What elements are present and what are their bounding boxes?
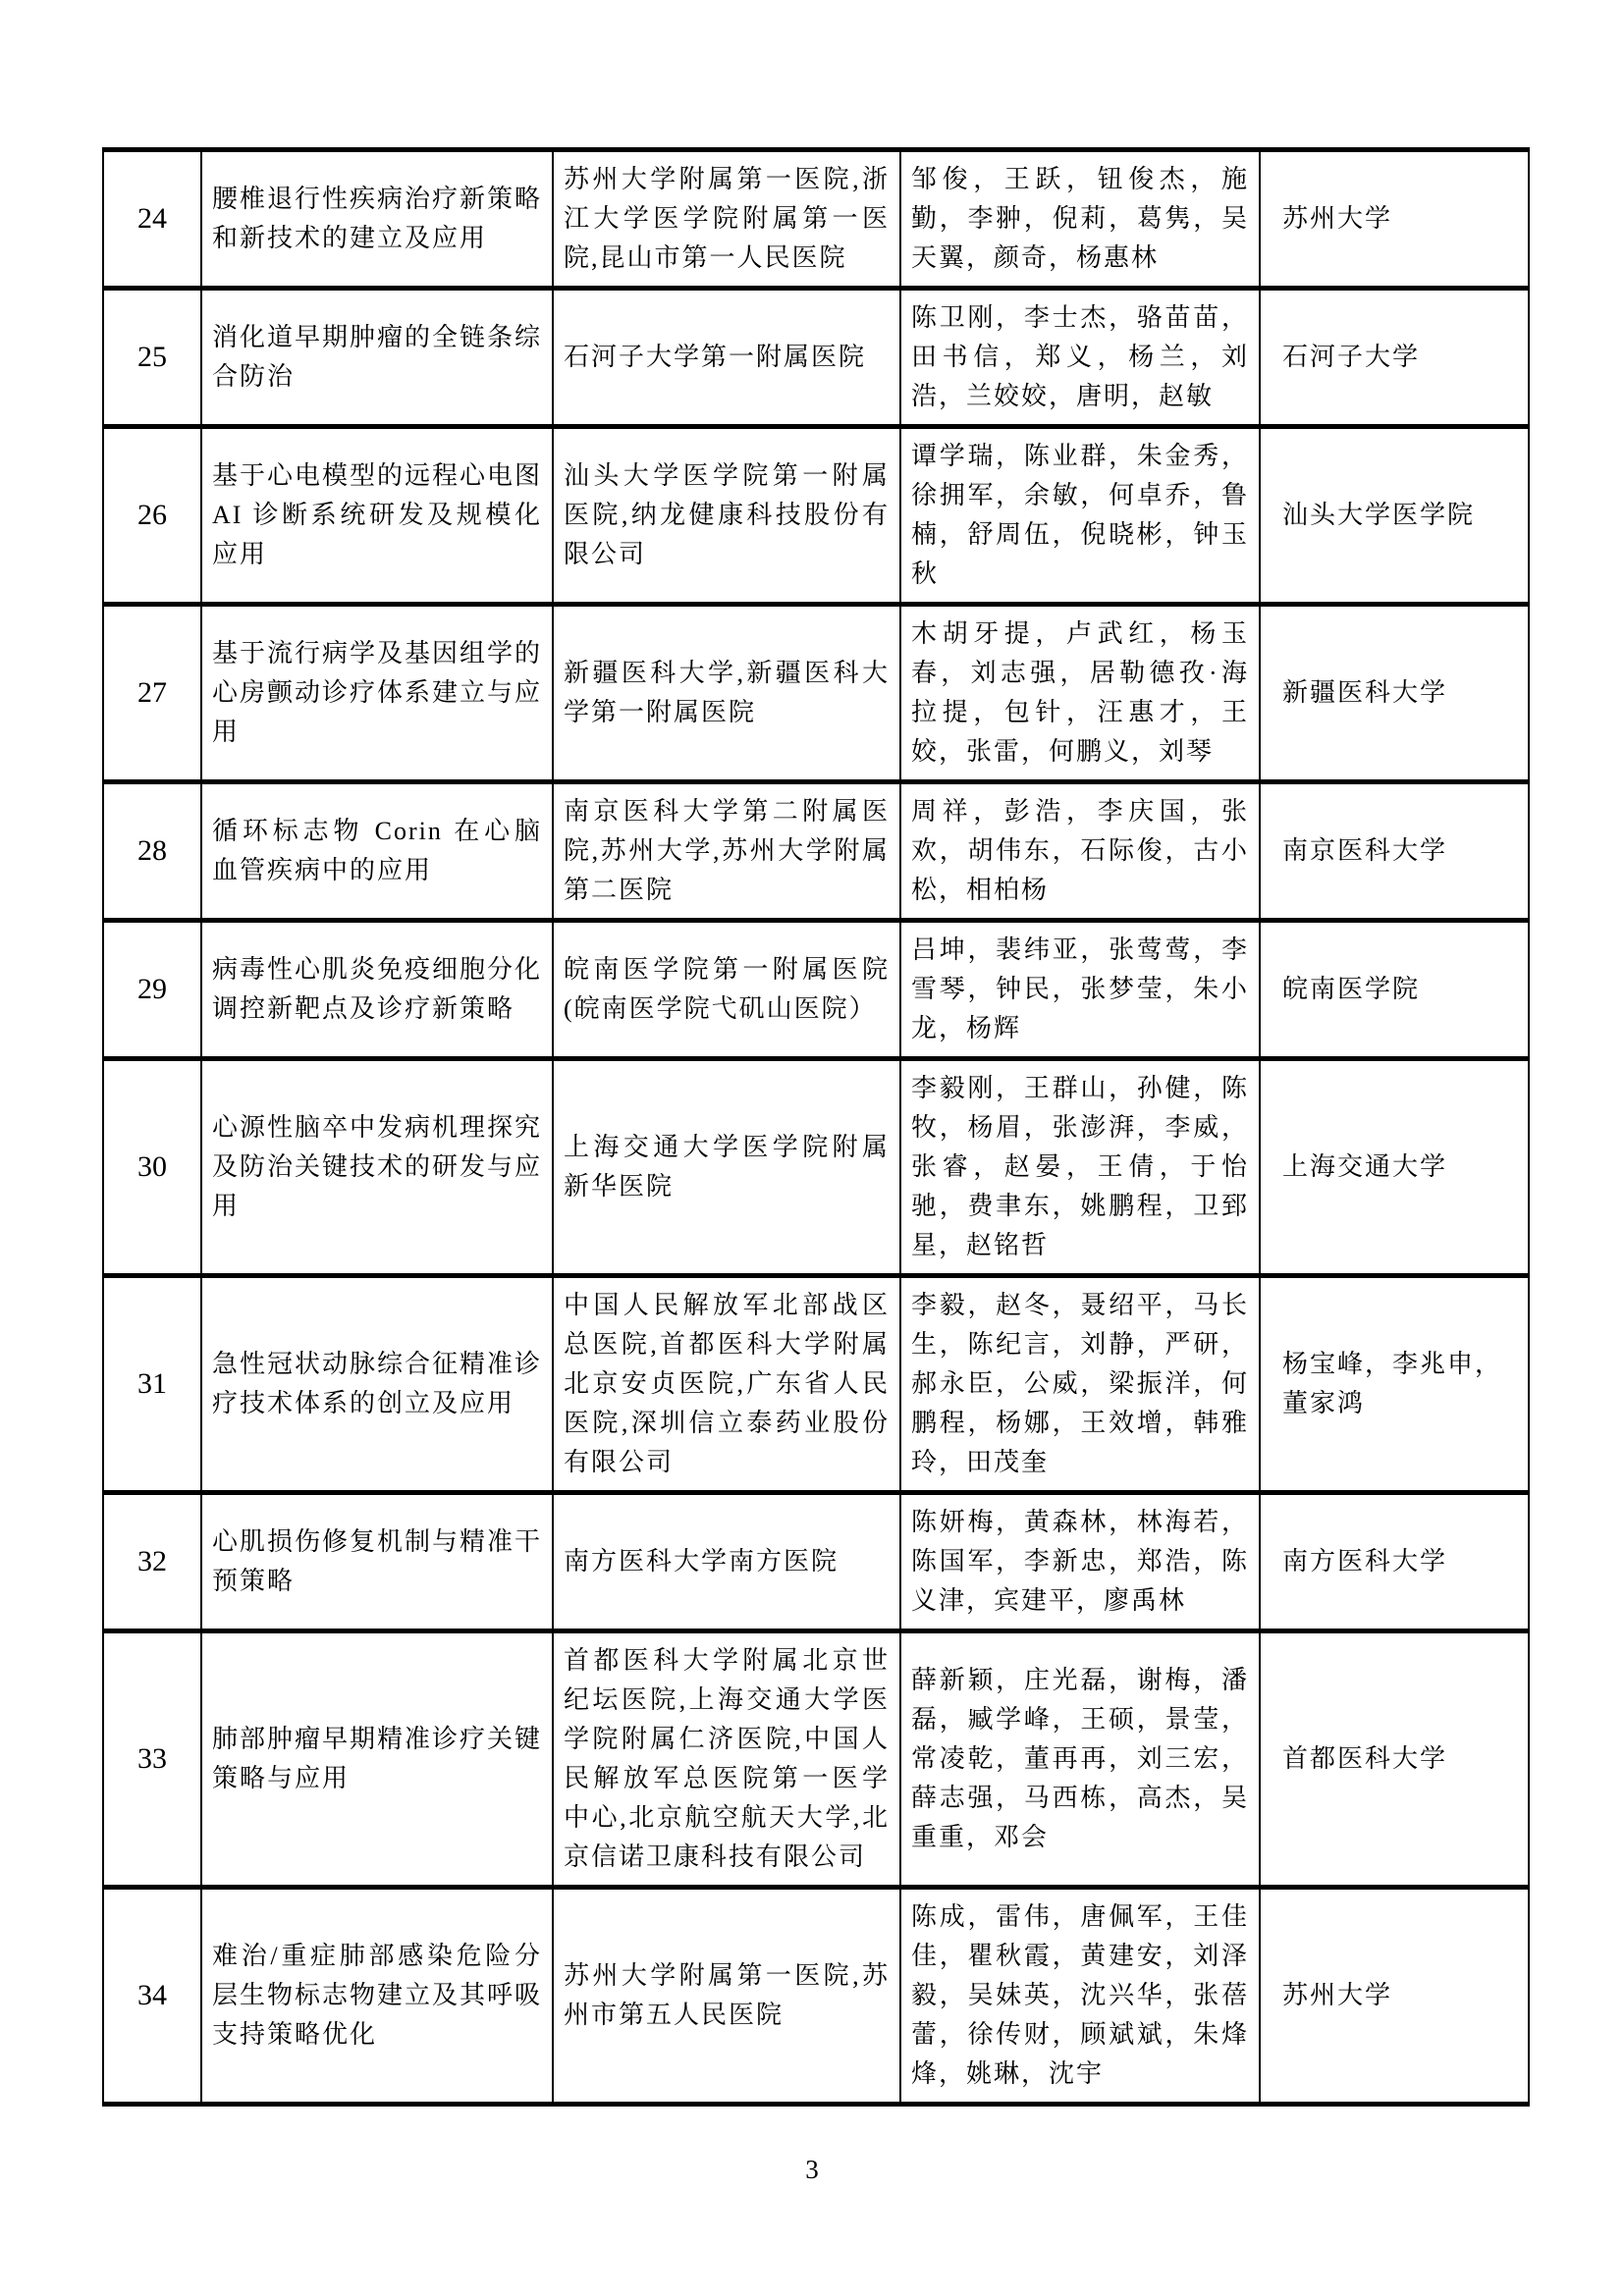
institutions: 苏州大学附属第一医院,苏州市第五人民医院 <box>553 1888 900 2105</box>
project-title: 腰椎退行性疾病治疗新策略和新技术的建立及应用 <box>201 150 553 289</box>
members: 周祥，彭浩，李庆国，张欢，胡伟东，石际俊，古小松，相柏杨 <box>900 782 1260 921</box>
members: 李毅刚，王群山，孙健，陈牧，杨眉，张澎湃，李威，张睿，赵晏，王倩，于怡驰，费聿东… <box>900 1059 1260 1276</box>
nominator: 苏州大学 <box>1260 150 1529 289</box>
table-row: 26 基于心电模型的远程心电图 AI 诊断系统研发及规模化应用 汕头大学医学院第… <box>103 427 1529 605</box>
row-number: 31 <box>103 1276 201 1493</box>
members: 邹俊，王跃，钮俊杰，施勤，李翀，倪莉，葛隽，吴天翼，颜奇，杨惠林 <box>900 150 1260 289</box>
project-title: 消化道早期肿瘤的全链条综合防治 <box>201 289 553 427</box>
document-page: 24 腰椎退行性疾病治疗新策略和新技术的建立及应用 苏州大学附属第一医院,浙江大… <box>0 0 1624 2296</box>
nominator: 南京医科大学 <box>1260 782 1529 921</box>
row-number: 30 <box>103 1059 201 1276</box>
table-row: 32 心肌损伤修复机制与精准干预策略 南方医科大学南方医院 陈妍梅，黄森林，林海… <box>103 1493 1529 1631</box>
institutions: 汕头大学医学院第一附属医院,纳龙健康科技股份有限公司 <box>553 427 900 605</box>
project-title: 急性冠状动脉综合征精准诊疗技术体系的创立及应用 <box>201 1276 553 1493</box>
nominator: 南方医科大学 <box>1260 1493 1529 1631</box>
project-title: 病毒性心肌炎免疫细胞分化调控新靶点及诊疗新策略 <box>201 921 553 1059</box>
table-row: 27 基于流行病学及基因组学的心房颤动诊疗体系建立与应用 新疆医科大学,新疆医科… <box>103 605 1529 782</box>
project-title: 肺部肿瘤早期精准诊疗关键策略与应用 <box>201 1631 553 1888</box>
institutions: 首都医科大学附属北京世纪坛医院,上海交通大学医学院附属仁济医院,中国人民解放军总… <box>553 1631 900 1888</box>
table-row: 28 循环标志物 Corin 在心脑血管疾病中的应用 南京医科大学第二附属医院,… <box>103 782 1529 921</box>
members: 谭学瑞，陈业群，朱金秀，徐拥军，余敏，何卓乔，鲁楠，舒周伍，倪晓彬，钟玉秋 <box>900 427 1260 605</box>
institutions: 中国人民解放军北部战区总医院,首都医科大学附属北京安贞医院,广东省人民医院,深圳… <box>553 1276 900 1493</box>
project-title: 循环标志物 Corin 在心脑血管疾病中的应用 <box>201 782 553 921</box>
members: 吕坤，裴纬亚，张莺莺，李雪琴，钟民，张梦莹，朱小龙，杨辉 <box>900 921 1260 1059</box>
members: 李毅，赵冬，聂绍平，马长生，陈纪言，刘静，严研，郝永臣，公威，梁振洋，何鹏程，杨… <box>900 1276 1260 1493</box>
nominator: 首都医科大学 <box>1260 1631 1529 1888</box>
row-number: 33 <box>103 1631 201 1888</box>
row-number: 26 <box>103 427 201 605</box>
institutions: 南京医科大学第二附属医院,苏州大学,苏州大学附属第二医院 <box>553 782 900 921</box>
row-number: 27 <box>103 605 201 782</box>
table-row: 25 消化道早期肿瘤的全链条综合防治 石河子大学第一附属医院 陈卫刚，李士杰，骆… <box>103 289 1529 427</box>
table-row: 29 病毒性心肌炎免疫细胞分化调控新靶点及诊疗新策略 皖南医学院第一附属医院(皖… <box>103 921 1529 1059</box>
nominator: 新疆医科大学 <box>1260 605 1529 782</box>
institutions: 新疆医科大学,新疆医科大学第一附属医院 <box>553 605 900 782</box>
page-number: 3 <box>0 2155 1624 2185</box>
table-row: 33 肺部肿瘤早期精准诊疗关键策略与应用 首都医科大学附属北京世纪坛医院,上海交… <box>103 1631 1529 1888</box>
row-number: 28 <box>103 782 201 921</box>
table-row: 24 腰椎退行性疾病治疗新策略和新技术的建立及应用 苏州大学附属第一医院,浙江大… <box>103 150 1529 289</box>
nominator: 杨宝峰，李兆申，董家鸿 <box>1260 1276 1529 1493</box>
project-title: 基于心电模型的远程心电图 AI 诊断系统研发及规模化应用 <box>201 427 553 605</box>
institutions: 皖南医学院第一附属医院(皖南医学院弋矶山医院） <box>553 921 900 1059</box>
nominator: 石河子大学 <box>1260 289 1529 427</box>
row-number: 24 <box>103 150 201 289</box>
members: 陈卫刚，李士杰，骆苗苗，田书信，郑义，杨兰，刘浩，兰姣姣，唐明，赵敏 <box>900 289 1260 427</box>
table-row: 30 心源性脑卒中发病机理探究及防治关键技术的研发与应用 上海交通大学医学院附属… <box>103 1059 1529 1276</box>
project-title: 难治/重症肺部感染危险分层生物标志物建立及其呼吸支持策略优化 <box>201 1888 553 2105</box>
award-table: 24 腰椎退行性疾病治疗新策略和新技术的建立及应用 苏州大学附属第一医院,浙江大… <box>102 147 1530 2107</box>
row-number: 25 <box>103 289 201 427</box>
nominator: 上海交通大学 <box>1260 1059 1529 1276</box>
project-title: 心源性脑卒中发病机理探究及防治关键技术的研发与应用 <box>201 1059 553 1276</box>
row-number: 29 <box>103 921 201 1059</box>
nominator: 皖南医学院 <box>1260 921 1529 1059</box>
table-row: 31 急性冠状动脉综合征精准诊疗技术体系的创立及应用 中国人民解放军北部战区总医… <box>103 1276 1529 1493</box>
members: 陈妍梅，黄森林，林海若，陈国军，李新忠，郑浩，陈义津，宾建平，廖禹林 <box>900 1493 1260 1631</box>
members: 薛新颖，庄光磊，谢梅，潘磊，臧学峰，王硕，景莹，常凌乾，董再再，刘三宏，薛志强，… <box>900 1631 1260 1888</box>
institutions: 南方医科大学南方医院 <box>553 1493 900 1631</box>
institutions: 苏州大学附属第一医院,浙江大学医学院附属第一医院,昆山市第一人民医院 <box>553 150 900 289</box>
institutions: 石河子大学第一附属医院 <box>553 289 900 427</box>
members: 木胡牙提，卢武红，杨玉春，刘志强，居勒德孜·海拉提，包针，汪惠才，王姣，张雷，何… <box>900 605 1260 782</box>
table-row: 34 难治/重症肺部感染危险分层生物标志物建立及其呼吸支持策略优化 苏州大学附属… <box>103 1888 1529 2105</box>
institutions: 上海交通大学医学院附属新华医院 <box>553 1059 900 1276</box>
row-number: 34 <box>103 1888 201 2105</box>
nominator: 汕头大学医学院 <box>1260 427 1529 605</box>
row-number: 32 <box>103 1493 201 1631</box>
members: 陈成，雷伟，唐佩军，王佳佳，瞿秋霞，黄建安，刘泽毅，吴妹英，沈兴华，张蓓蕾，徐传… <box>900 1888 1260 2105</box>
project-title: 心肌损伤修复机制与精准干预策略 <box>201 1493 553 1631</box>
project-title: 基于流行病学及基因组学的心房颤动诊疗体系建立与应用 <box>201 605 553 782</box>
nominator: 苏州大学 <box>1260 1888 1529 2105</box>
